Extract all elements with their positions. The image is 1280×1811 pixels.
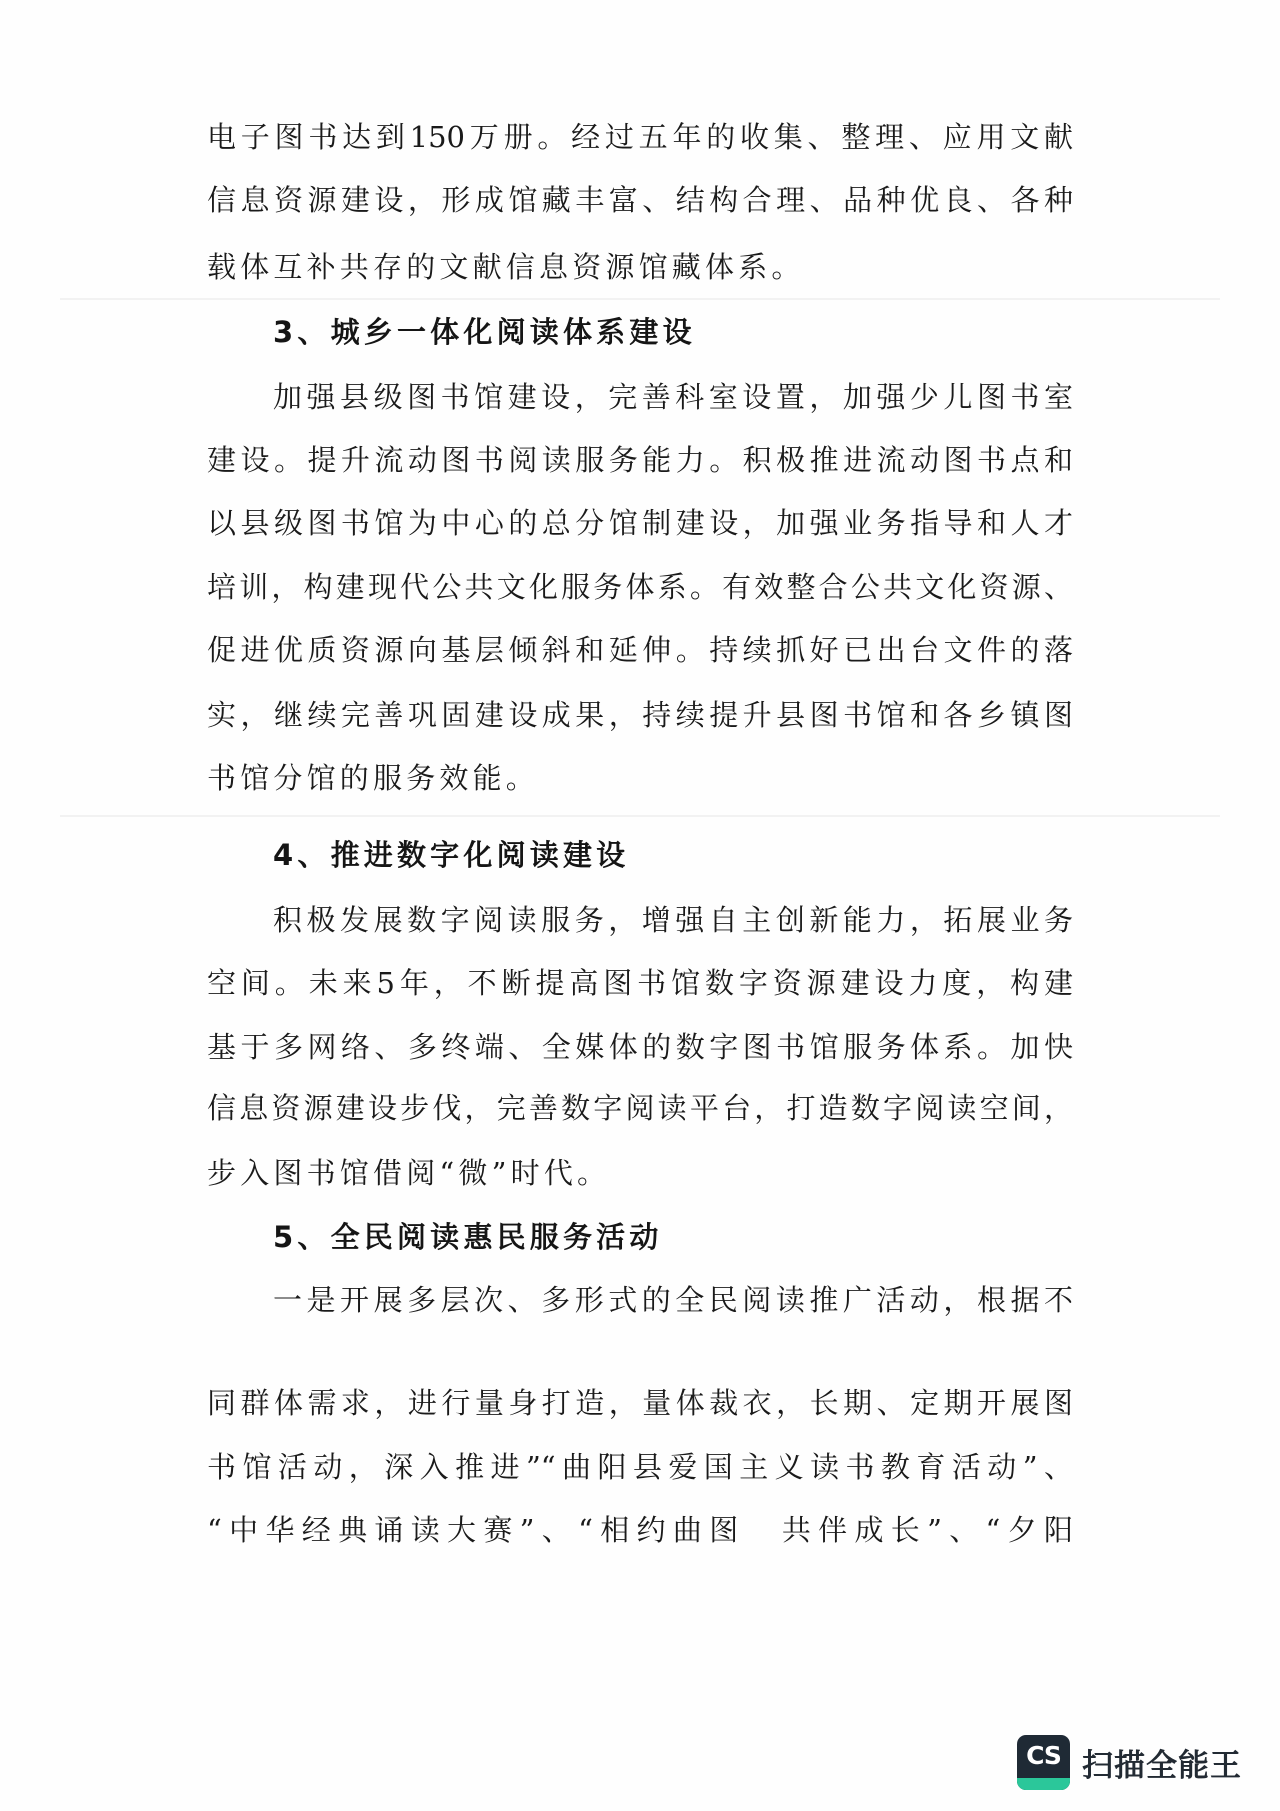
body-line: 书馆分馆的服务效能。 [207, 758, 539, 798]
body-line: 培训，构建现代公共文化服务体系。有效整合公共文化资源、 [207, 567, 1073, 607]
section-heading-4: 4、推进数字化阅读建设 [273, 835, 629, 875]
scan-artifact-line [60, 298, 1220, 300]
body-line: 促进优质资源向基层倾斜和延伸。持续抓好已出台文件的落 [207, 630, 1073, 670]
body-line: 空间。未来5年，不断提高图书馆数字资源建设力度，构建 [207, 963, 1073, 1003]
body-line: 信息资源建设步伐，完善数字阅读平台，打造数字阅读空间， [207, 1088, 1073, 1128]
body-line: 同群体需求，进行量身打造，量体裁衣，长期、定期开展图 [207, 1383, 1073, 1423]
section-heading-3: 3、城乡一体化阅读体系建设 [273, 312, 696, 352]
body-line: 基于多网络、多终端、全媒体的数字图书馆服务体系。加快 [207, 1027, 1073, 1067]
body-line: 电子图书达到150万册。经过五年的收集、整理、应用文献 [207, 117, 1073, 157]
logo-text: CS [1017, 1741, 1070, 1770]
body-line: 一是开展多层次、多形式的全民阅读推广活动，根据不 [273, 1280, 1073, 1320]
body-line: 积极发展数字阅读服务，增强自主创新能力，拓展业务 [273, 900, 1073, 940]
camscanner-logo-icon: CS [1017, 1735, 1070, 1790]
brand-name: 扫描全能王 [1082, 1740, 1242, 1785]
body-line: 加强县级图书馆建设，完善科室设置，加强少儿图书室 [273, 377, 1073, 417]
logo-accent-bar [1017, 1778, 1070, 1790]
scan-artifact-line [60, 815, 1220, 817]
body-line: 以县级图书馆为中心的总分馆制建设，加强业务指导和人才 [207, 503, 1073, 543]
body-line: “中华经典诵读大赛”、“相约曲图 共伴成长”、“夕阳 [207, 1510, 1073, 1550]
body-line: 书馆活动，深入推进”“曲阳县爱国主义读书教育活动”、 [207, 1447, 1073, 1487]
section-heading-5: 5、全民阅读惠民服务活动 [273, 1217, 663, 1257]
scanner-watermark: CS 扫描全能王 [1017, 1735, 1242, 1790]
body-line: 信息资源建设，形成馆藏丰富、结构合理、品种优良、各种 [207, 180, 1073, 220]
scanned-page: 电子图书达到150万册。经过五年的收集、整理、应用文献 信息资源建设，形成馆藏丰… [0, 0, 1280, 1811]
body-line: 载体互补共存的文献信息资源馆藏体系。 [207, 247, 805, 287]
body-line: 步入图书馆借阅“微”时代。 [207, 1153, 610, 1193]
body-line: 建设。提升流动图书阅读服务能力。积极推进流动图书点和 [207, 440, 1073, 480]
body-line: 实，继续完善巩固建设成果，持续提升县图书馆和各乡镇图 [207, 695, 1073, 735]
